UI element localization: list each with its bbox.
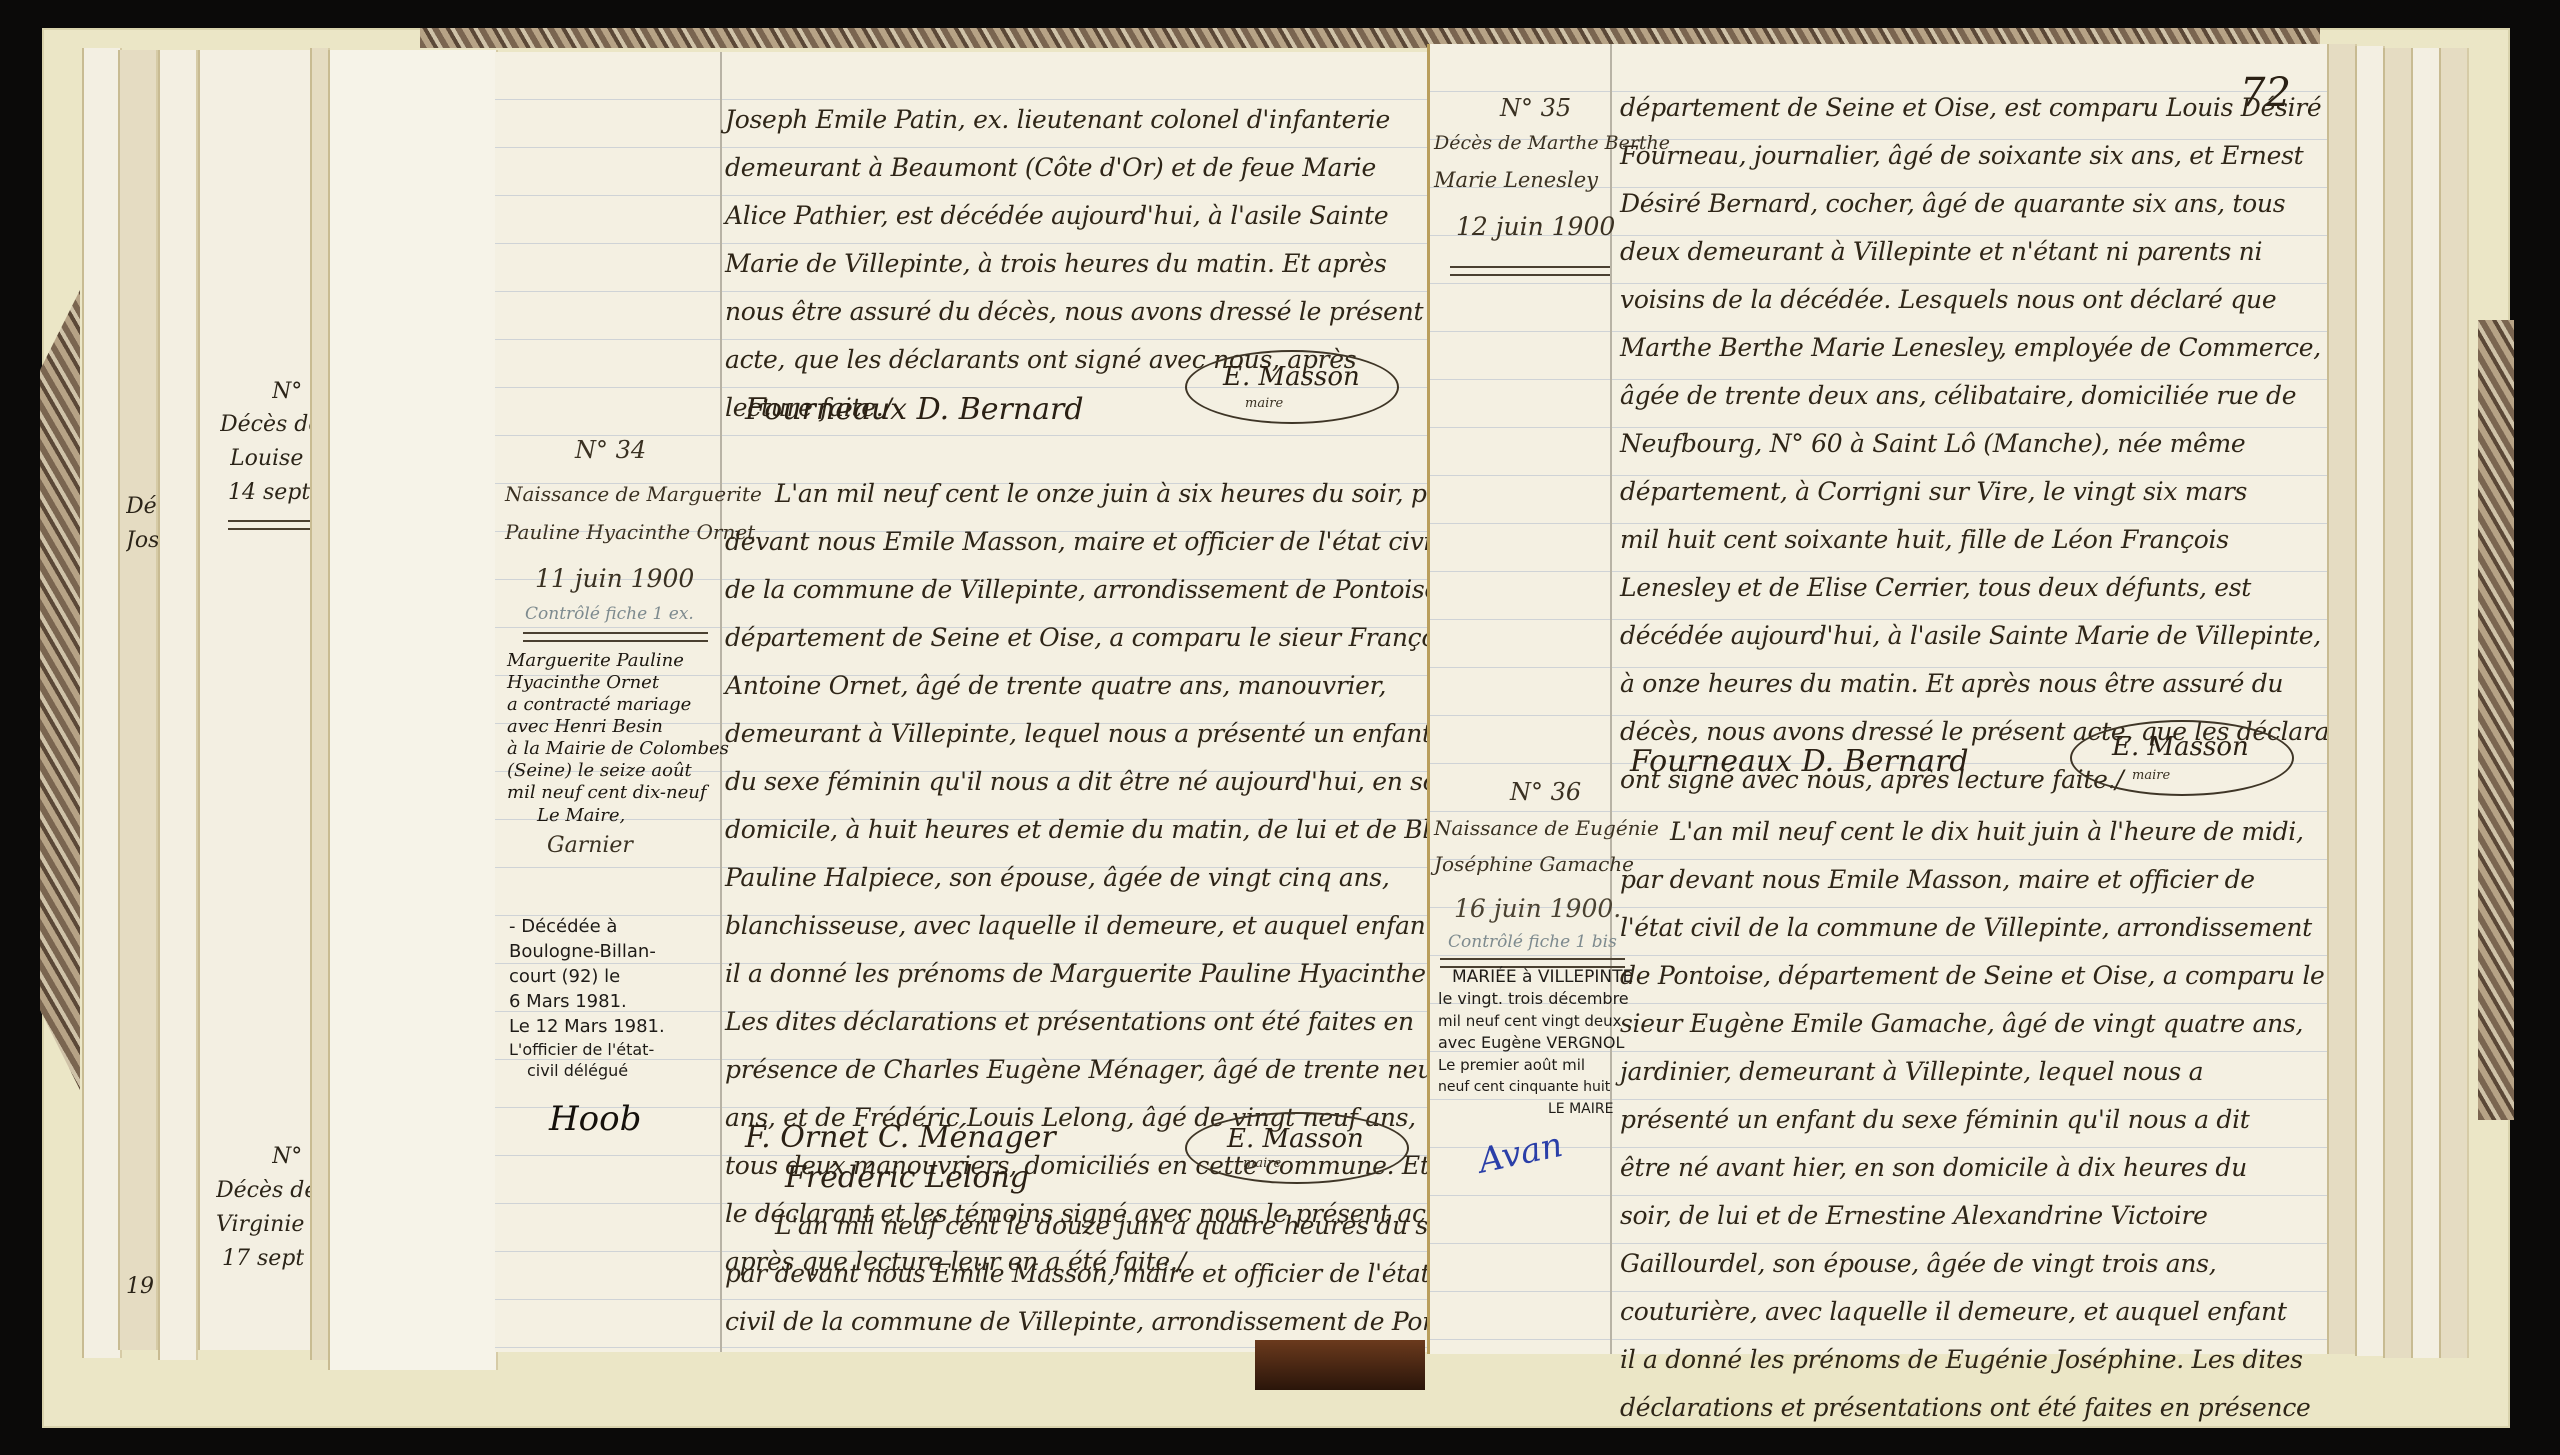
body-line: deux demeurant à Villepinte et n'étant n… (1620, 228, 2262, 276)
body-line: sieur Eugène Emile Gamache, âgé de vingt… (1620, 1000, 2303, 1048)
body-line: déclarations et présentations ont été fa… (1620, 1384, 2311, 1432)
body-line: de la commune de Villepinte, arrondissem… (725, 566, 1447, 614)
page-edge (310, 48, 330, 1360)
body-line: Lenesley et de Elise Cerrier, tous deux … (1620, 564, 2251, 612)
page-edge (2439, 48, 2469, 1358)
official-signature: Hoob (509, 1099, 665, 1139)
body-line: il a donné les prénoms de Marguerite Pau… (725, 950, 1433, 998)
annotation-line: mil neuf cent vingt deux (1438, 1010, 1633, 1032)
body-line: département de Seine et Oise, est compar… (1620, 84, 2321, 132)
page-edge (2411, 48, 2441, 1358)
mayor-signature: E. Masson (1227, 1124, 1364, 1154)
body-line: Désiré Bernard, cocher, âgé de quarante … (1620, 180, 2285, 228)
annotation-line: Le Maire, (507, 804, 729, 828)
marbled-cover-right (2478, 320, 2514, 1120)
pencil-control-note: Contrôlé fiche 1 ex. (525, 604, 694, 624)
body-line: par devant nous Emile Masson, maire et o… (725, 1250, 1430, 1298)
body-line: devant nous Emile Masson, maire et offic… (725, 518, 1439, 566)
body-line: couturière, avec laquelle il demeure, et… (1620, 1288, 2287, 1336)
body-line: il a donné les prénoms de Eugénie Joséph… (1620, 1336, 2303, 1384)
body-line: du sexe féminin qu'il nous a dit être né… (725, 758, 1453, 806)
mayor-title: maire (2132, 768, 2170, 783)
body-line: Marie de Villepinte, à trois heures du m… (725, 240, 1387, 288)
act-title: Pauline Hyacinthe Ornet (505, 520, 755, 544)
act-date: 12 juin 1900 (1456, 212, 1615, 241)
tab-line: 17 sept (222, 1242, 304, 1276)
body-line: décédée aujourd'hui, à l'asile Sainte Ma… (1620, 612, 2321, 660)
annotation-signature: Garnier (507, 828, 729, 864)
body-line: domicile, à huit heures et demie du mati… (725, 806, 1504, 854)
blank-page (328, 50, 498, 1370)
body-line: département de Seine et Oise, a comparu … (725, 614, 1456, 662)
right-page: 72 N° 35 Décès de Marthe Berthe Marie Le… (1427, 44, 2327, 1354)
annotation-line: avec Eugène VERGNOL (1438, 1032, 1633, 1054)
annotation-line: le vingt. trois décembre (1438, 988, 1633, 1010)
page-edge (2327, 44, 2357, 1354)
annotation-line: neuf cent cinquante huit (1438, 1076, 1633, 1098)
body-line: nous être assuré du décès, nous avons dr… (725, 288, 1423, 336)
tab-line: Décès de (220, 408, 321, 442)
act-number: N° 34 (575, 436, 646, 464)
annotation-line: Marguerite Pauline (507, 650, 729, 672)
tab-double-rule (228, 520, 318, 530)
body-line: être né avant hier, en son domicile à di… (1620, 1144, 2247, 1192)
body-line: de Pontoise, département de Seine et Ois… (1620, 952, 2325, 1000)
annotation-line: civil délégué (509, 1060, 665, 1081)
page-edge (2355, 46, 2385, 1356)
annotation-line: Hyacinthe Ornet (507, 672, 729, 694)
body-line: Marthe Berthe Marie Lenesley, employée d… (1620, 324, 2321, 372)
body-line: jardinier, demeurant à Villepinte, leque… (1620, 1048, 2203, 1096)
left-page: Joseph Emile Patin, ex. lieutenant colon… (495, 52, 1430, 1352)
body-line: Neufbourg, N° 60 à Saint Lô (Manche), né… (1620, 420, 2245, 468)
death-annotation: - Décédée à Boulogne-Billan- court (92) … (509, 914, 665, 1139)
body-line: présence de Charles Eugène Ménager, âgé … (725, 1046, 1442, 1094)
body-line: par devant nous Emile Masson, maire et o… (1620, 856, 2255, 904)
tab-line: Décès de (216, 1174, 317, 1208)
mayor-signature-seal: E. Masson maire (2070, 720, 2294, 796)
body-line: demeurant à Beaumont (Côte d'Or) et de f… (725, 144, 1376, 192)
margin-double-rule (523, 632, 708, 642)
mayor-title: maire (1243, 1156, 1281, 1171)
partial-tab-text: 19 (126, 1270, 154, 1304)
page-edge (158, 50, 198, 1360)
mayor-signature: E. Masson (2112, 732, 2249, 762)
page-edge (2383, 48, 2413, 1358)
act-title: Marie Lenesley (1434, 168, 1598, 192)
annotation-line: Le premier août mil (1438, 1054, 1633, 1076)
annotation-line: - Décédée à (509, 914, 665, 939)
body-line: Pauline Halpiece, son épouse, âgée de vi… (725, 854, 1389, 902)
witness-signature: Frédéric Lelong (785, 1160, 1029, 1195)
page-edge: Dé Jos 19 (118, 50, 158, 1350)
tab-number: N° (272, 375, 302, 409)
body-line: l'état civil de la commune de Villepinte… (1620, 904, 2312, 952)
marriage-annotation: MARIÉE à VILLEPINTE le vingt. trois déce… (1438, 966, 1633, 1180)
annotation-line: Boulogne-Billan- (509, 939, 665, 964)
mayor-title: maire (1245, 396, 1283, 411)
body-line: soir, de lui et de Ernestine Alexandrine… (1620, 1192, 2208, 1240)
body-line: Alice Pathier, est décédée aujourd'hui, … (725, 192, 1388, 240)
body-line: Les dites déclarations et présentations … (725, 998, 1414, 1046)
annotation-line: court (92) le (509, 964, 665, 989)
page-edge (82, 48, 122, 1358)
body-line: civil de la commune de Villepinte, arron… (725, 1298, 1505, 1346)
body-line: à onze heures du matin. Et après nous êt… (1620, 660, 2283, 708)
act-title: Naissance de Marguerite (505, 482, 762, 506)
annotation-line: Le 12 Mars 1981. (509, 1014, 665, 1039)
tab-number: N° (272, 1140, 302, 1174)
act-number: N° 36 (1510, 778, 1581, 806)
body-line: blanchisseuse, avec laquelle il demeure,… (725, 902, 1435, 950)
mayor-signature: E. Masson (1223, 362, 1360, 392)
declarant-signatures: F. Ornet C. Ménager (745, 1120, 1056, 1155)
tab-line: 14 sept (228, 476, 310, 510)
marriage-annotation: Marguerite Pauline Hyacinthe Ornet a con… (507, 650, 729, 864)
body-line: Joseph Emile Patin, ex. lieutenant colon… (725, 96, 1390, 144)
annotation-line: L'officier de l'état- (509, 1039, 665, 1060)
witness-signatures: Fourneaux D. Bernard (1630, 744, 1969, 779)
body-line: mil huit cent soixante huit, fille de Lé… (1620, 516, 2229, 564)
mayor-signature-seal: E. Masson maire (1185, 1112, 1409, 1184)
annotation-line: mil neuf cent dix-neuf (507, 782, 729, 804)
body-line: Gaillourdel, son épouse, âgée de vingt t… (1620, 1240, 2216, 1288)
annotation-line: a contracté mariage (507, 694, 729, 716)
mayor-signature-seal: E. Masson maire (1185, 350, 1399, 424)
tab-line: Virginie (216, 1208, 304, 1242)
body-line: département, à Corrigni sur Vire, le vin… (1620, 468, 2247, 516)
body-line: âgée de trente deux ans, célibataire, do… (1620, 372, 2296, 420)
tab-line: Louise (230, 442, 303, 476)
body-line: présenté un enfant du sexe féminin qu'il… (1620, 1096, 2250, 1144)
annotation-line: à la Mairie de Colombes (507, 738, 729, 760)
annotation-line: MARIÉE à VILLEPINTE (1438, 966, 1633, 988)
annotation-line: 6 Mars 1981. (509, 989, 665, 1014)
spine (1255, 1340, 1425, 1390)
act-number: N° 35 (1500, 94, 1571, 122)
act-title: Joséphine Gamache (1434, 852, 1634, 876)
annotation-line: avec Henri Besin (507, 716, 729, 738)
body-line: demeurant à Villepinte, lequel nous a pr… (725, 710, 1432, 758)
margin-double-rule (1450, 266, 1610, 276)
body-line: L'an mil neuf cent le douze juin à quatr… (725, 1202, 1467, 1250)
annotation-line: (Seine) le seize août (507, 760, 729, 782)
body-line: L'an mil neuf cent le dix huit juin à l'… (1620, 808, 2304, 856)
act-date: 11 juin 1900 (535, 564, 694, 593)
page-tab[interactable]: N° Décès de Louise 14 sept N° Décès de V… (198, 50, 313, 1350)
pencil-control-note: Contrôlé fiche 1 bis (1448, 932, 1617, 952)
body-line: voisins de la décédée. Lesquels nous ont… (1620, 276, 2276, 324)
marbled-cover-left (40, 290, 80, 1090)
witness-signatures: Fourneaux D. Bernard (745, 392, 1084, 427)
partial-tab-text: Dé (126, 490, 157, 524)
body-line: Antoine Ornet, âgé de trente quatre ans,… (725, 662, 1386, 710)
act-date: 16 juin 1900. (1454, 894, 1621, 923)
partial-tab-text: Jos (126, 524, 159, 558)
body-line: Fourneau, journalier, âgé de soixante si… (1620, 132, 2303, 180)
body-line: L'an mil neuf cent le onze juin à six he… (725, 470, 1453, 518)
